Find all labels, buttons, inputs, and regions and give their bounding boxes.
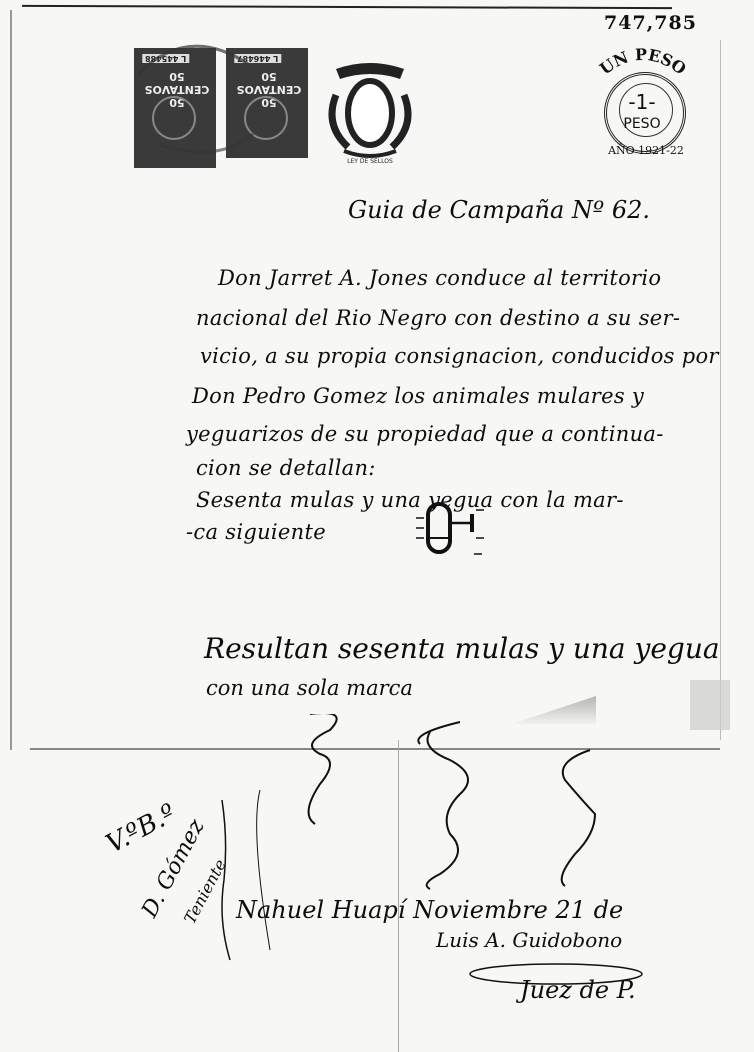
judge-title: Juez de P. [520, 976, 636, 1004]
judge-signature: Luis A. Guidobono [436, 928, 622, 952]
body-line-3: vicio, a su propia consignacion, conduci… [200, 344, 719, 368]
margin-signature-stroke [210, 790, 290, 970]
summary-line-2: con una sola marca [206, 676, 413, 700]
svg-text:LEY DE SELLOS: LEY DE SELLOS [347, 158, 393, 165]
body-line-2: nacional del Rio Negro con destino a su … [196, 306, 680, 330]
page-top-edge [22, 5, 672, 9]
cancellation-squiggles [290, 714, 630, 904]
serial-number: 747,785 [604, 12, 697, 34]
seal-year: AÑO 1921-22 [606, 144, 686, 157]
place-date-line: Nahuel Huapí Noviembre 21 de [236, 896, 623, 924]
body-line-1: Don Jarret A. Jones conduce al territori… [218, 266, 661, 290]
paper-stain [690, 680, 730, 730]
document-page: 747,785 UN PESO -1- PESO AÑO 1921-22 L 4… [0, 0, 754, 1052]
seal-value: -1- [596, 90, 688, 114]
cancellation-postmark [128, 34, 258, 154]
body-line-5: yeguarizos de su propiedad que a continu… [186, 422, 664, 446]
right-crease [720, 40, 721, 740]
tax-seal: UN PESO -1- PESO AÑO 1921-22 [596, 44, 688, 136]
official-emblem-icon: LEY DE SELLOS [322, 55, 418, 165]
page-left-edge [10, 10, 12, 750]
cattle-brand-icon [416, 498, 486, 558]
body-line-8: -ca siguiente [186, 520, 326, 544]
body-line-7: Sesenta mulas y una yegua con la mar- [196, 488, 624, 512]
body-line-6: cion se detallan: [196, 456, 376, 480]
document-title: Guia de Campaña Nº 62. [348, 196, 650, 224]
body-line-4: Don Pedro Gomez los animales mulares y [192, 384, 644, 408]
seal-label: PESO [596, 116, 688, 132]
summary-line-1: Resultan sesenta mulas y una yegua [204, 632, 720, 665]
